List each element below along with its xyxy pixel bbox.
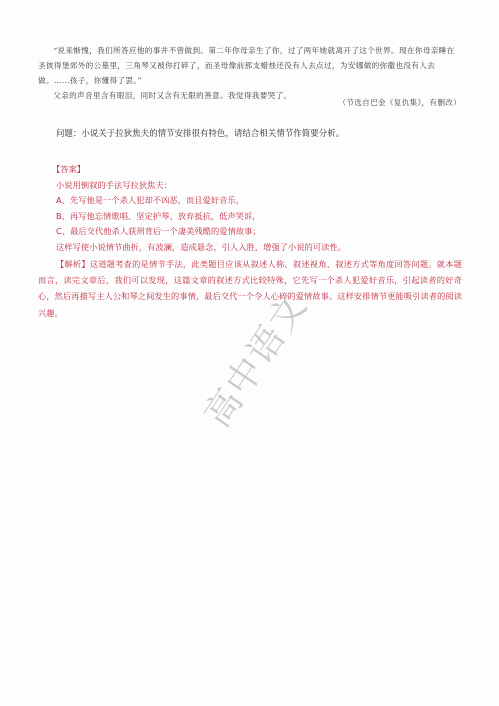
answer-point-c: C、最后交代他杀人获刑背后一个凄美残酷的爱情故事； bbox=[38, 224, 462, 240]
answer-intro: 小说用倒叙的手法写拉狄焦夫： bbox=[38, 178, 462, 194]
answer-heading: 【答案】 bbox=[38, 162, 462, 178]
document-page: “说来惭愧，我们所答应他的事并不曾做到。第二年你母亲生了你，过了两年她就离开了这… bbox=[0, 0, 499, 706]
answer-analysis: 【解析】这道题考查的是情节手法，此类题目应该从叙述人称、叙述视角、叙述方式等角度… bbox=[38, 256, 462, 322]
answer-point-b: B、再写他忘情歌唱、坚定护琴、放弃抵抗，低声哭诉， bbox=[38, 209, 462, 225]
answer-section: 【答案】 小说用倒叙的手法写拉狄焦夫： A、先写他是一个杀人犯却不凶恶，而且爱好… bbox=[38, 162, 462, 321]
answer-conclusion: 这样写使小说情节曲折，有波澜，造成悬念，引人入胜，增强了小说的可读性。 bbox=[38, 240, 462, 256]
source-citation: （节选自巴金《复仇集》，有删改） bbox=[339, 97, 462, 108]
answer-point-a: A、先写他是一个杀人犯却不凶恶，而且爱好音乐， bbox=[38, 193, 462, 209]
excerpt-paragraph: “说来惭愧，我们所答应他的事并不曾做到。第二年你母亲生了你，过了两年她就离开了这… bbox=[38, 43, 462, 88]
question-text: 问题：小说关于拉狄焦夫的情节安排很有特色，请结合相关情节作简要分析。 bbox=[56, 127, 344, 139]
story-excerpt: “说来惭愧，我们所答应他的事并不曾做到。第二年你母亲生了你，过了两年她就离开了这… bbox=[38, 43, 462, 103]
